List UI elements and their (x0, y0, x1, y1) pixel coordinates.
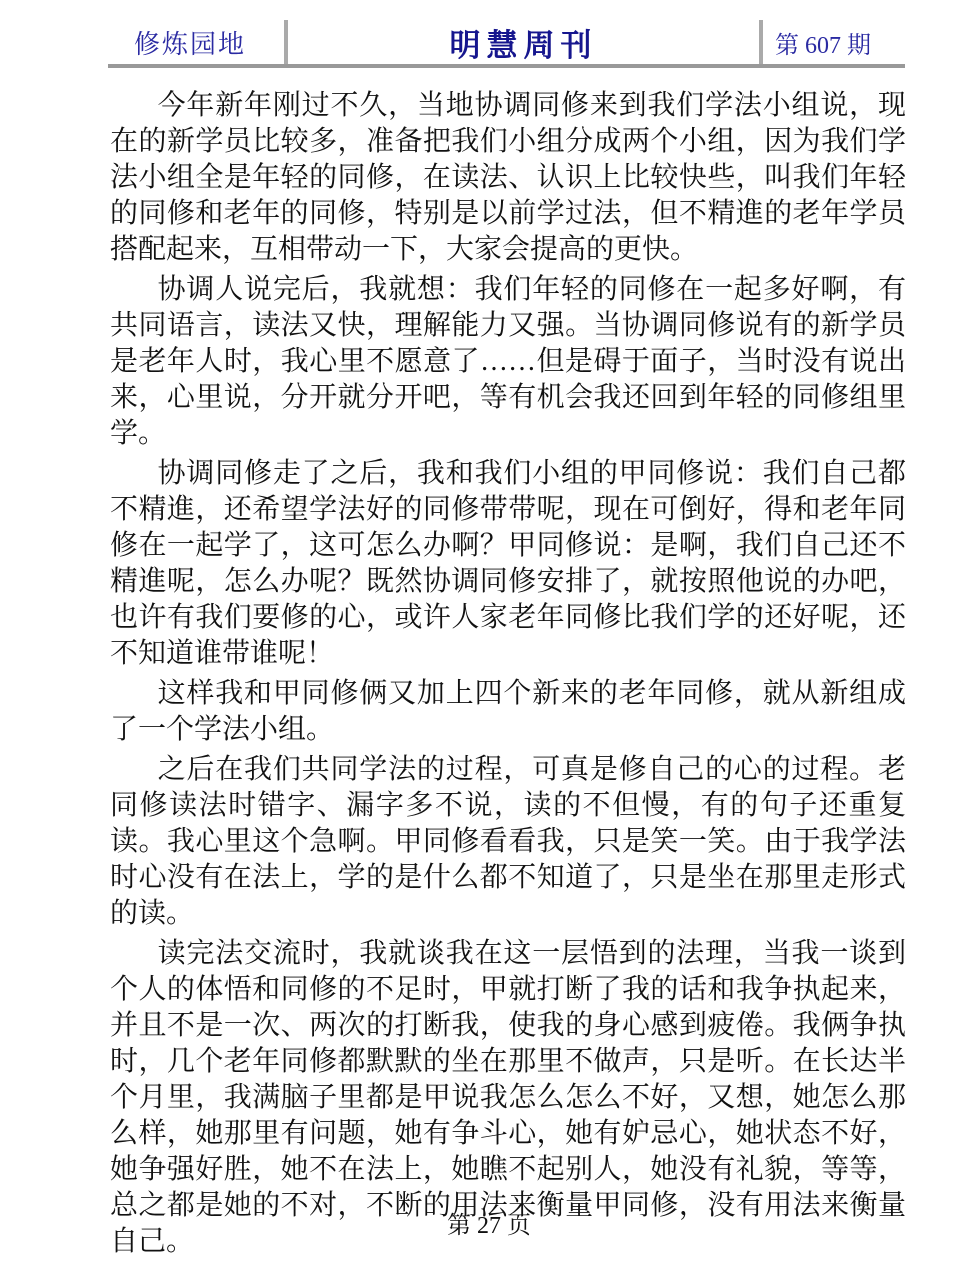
document-page: 修炼园地 明慧周刊 第 607 期 今年新年刚过不久，当地协调同修来到我们学法小… (0, 0, 978, 1265)
body-paragraph: 这样我和甲同修俩又加上四个新来的老年同修，就从新组成了一个学法小组。 (110, 676, 906, 748)
section-label: 修炼园地 (108, 24, 284, 61)
body-paragraph: 协调人说完后，我就想：我们年轻的同修在一起多好啊，有共同语言，读法又快，理解能力… (110, 272, 906, 452)
article-body: 今年新年刚过不久，当地协调同修来到我们学法小组说，现在的新学员比较多，准备把我们… (110, 88, 906, 1264)
page-number: 第 27 页 (0, 1205, 978, 1240)
page-header: 修炼园地 明慧周刊 第 607 期 (108, 20, 905, 64)
body-paragraph: 今年新年刚过不久，当地协调同修来到我们学法小组说，现在的新学员比较多，准备把我们… (110, 88, 906, 268)
publication-title: 明慧周刊 (288, 20, 759, 65)
header-rule (108, 64, 905, 68)
body-paragraph: 之后在我们共同学法的过程，可真是修自己的心的过程。老同修读法时错字、漏字多不说，… (110, 752, 906, 932)
issue-number: 第 607 期 (763, 25, 905, 60)
body-paragraph: 协调同修走了之后，我和我们小组的甲同修说：我们自己都不精進，还希望学法好的同修带… (110, 456, 906, 672)
